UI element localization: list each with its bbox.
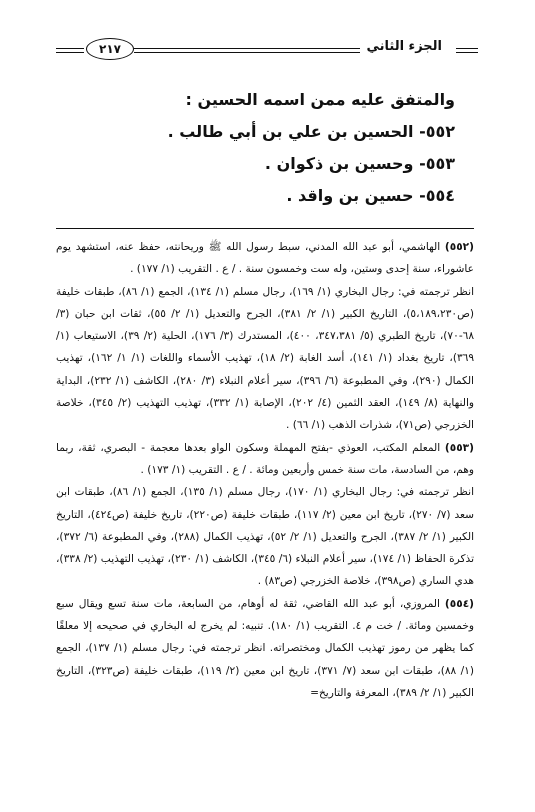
header-rule-right <box>456 48 478 53</box>
footnote-number: (٥٥٢) <box>445 241 474 253</box>
volume-title: الجزء الثاني <box>366 39 442 54</box>
footnote-553: (٥٥٣) المعلم المكتب، العوذي -بفتح المهمل… <box>56 437 474 482</box>
footnote-bio: المعلم المكتب، العوذي -بفتح المهملة وسكو… <box>56 442 474 476</box>
header-rule-left <box>56 48 84 53</box>
page-number-text: ٢١٧ <box>99 42 121 56</box>
page-header: الجزء الثاني ٢١٧ <box>56 38 478 60</box>
header-rule-middle <box>134 48 360 53</box>
section-intro: والمتفق عليه ممن اسمه الحسين : <box>95 84 455 116</box>
footnote-refs: انظر ترجمته في: رجال البخاري (١/ ١٦٩)، ر… <box>56 281 474 437</box>
entry-552: ٥٥٢- الحسين بن علي بن أبي طالب . <box>95 116 455 148</box>
entry-553: ٥٥٣- وحسين بن ذكوان . <box>95 148 455 180</box>
main-text: والمتفق عليه ممن اسمه الحسين : ٥٥٢- الحس… <box>95 84 455 212</box>
footnote-number: (٥٥٤) <box>445 598 474 610</box>
footnote-552: (٥٥٢) الهاشمي، أبو عبد الله المدني، سبط … <box>56 236 474 281</box>
footnotes: (٥٥٢) الهاشمي، أبو عبد الله المدني، سبط … <box>56 236 474 704</box>
footnote-number: (٥٥٣) <box>445 442 474 454</box>
entry-554: ٥٥٤- حسين بن واقد . <box>95 180 455 212</box>
page-number: ٢١٧ <box>86 38 134 60</box>
footnote-bio: المروزي، أبو عبد الله القاضي، ثقة له أوه… <box>56 598 474 699</box>
footnote-refs: انظر ترجمته في: رجال البخاري (١/ ١٧٠)، ر… <box>56 481 474 592</box>
footnote-bio: الهاشمي، أبو عبد الله المدني، سبط رسول ا… <box>56 241 474 275</box>
footnote-separator <box>56 228 474 229</box>
footnote-554: (٥٥٤) المروزي، أبو عبد الله القاضي، ثقة … <box>56 593 474 704</box>
